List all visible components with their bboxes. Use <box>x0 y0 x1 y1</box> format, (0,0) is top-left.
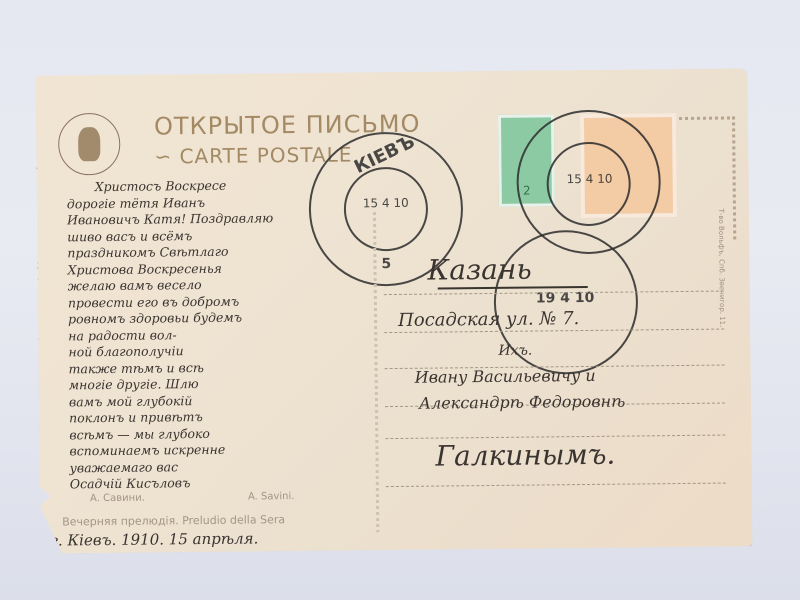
message-line: шиво васъ и всёмъ <box>67 228 192 244</box>
message-line: Христосъ Воскресе <box>95 178 227 194</box>
message-line: уважаемаго вас <box>70 459 179 475</box>
address-street: Посадская ул. № 7. <box>398 308 579 331</box>
message-line: вспоминаемъ искренне <box>69 442 225 459</box>
artist-italian: A. Savini. <box>248 491 295 502</box>
message-line: Христова Воскресенья <box>67 260 221 277</box>
printer-imprint: Т-во Вольфъ, Спб. Звенигор. 11. <box>717 209 728 449</box>
publisher-text: Изданіе "Ричардъ" С.-Петербургъ, № 352. <box>29 210 40 406</box>
message-line: Ивановичъ Катя! Поздравляю <box>67 210 273 227</box>
publisher-logo-icon <box>58 113 121 176</box>
artwork-caption: Вечерняя прелюдія. Preludio della Sera <box>62 513 285 528</box>
postmark-code: 5 <box>381 256 391 272</box>
message-line: дорогіе тётя Иванъ <box>67 194 205 210</box>
postmark-date: 15 4 10 <box>567 172 613 186</box>
message-line: ровномъ здоровьи будемъ <box>68 310 242 327</box>
address-recipient-1: Ивану Васильевичу и <box>415 366 596 387</box>
logo-figure <box>78 127 100 161</box>
message-line: желаю вамъ весело <box>68 277 202 293</box>
date-place-note: г. Кіевъ. 1910. 15 апрѣля. <box>50 529 258 549</box>
message-line: также тѣмъ и всѣ <box>69 359 204 375</box>
message-line: ной благополучіи <box>68 343 183 359</box>
message-line: многіе другіе. Шлю <box>69 376 199 392</box>
address-surname: Галкинымъ. <box>435 438 615 473</box>
message-line: всѣмъ — мы глубоко <box>69 425 210 441</box>
postcard: Изданіе "Ричардъ" С.-Петербургъ, № 352. … <box>36 68 753 553</box>
message-line: провести его въ добромъ <box>68 293 239 310</box>
message-line: вамъ мой глубокій <box>69 393 193 409</box>
address-city: Казань <box>427 253 531 287</box>
postmark-date: 15 4 10 <box>363 196 409 210</box>
handwritten-message: Христосъ Воскреседорогіе тётя ИванъИвано… <box>36 68 748 75</box>
address-recipient-2: Александрѣ Федоровнѣ <box>419 392 626 413</box>
message-line: праздникомъ Свѣтлаго <box>67 244 228 261</box>
swirl-ornament-icon: ∽ <box>154 144 179 168</box>
publisher-red-text: Ц. А. Кубанский, Ялта <box>28 98 38 201</box>
message-line: Осадчій Кисъловъ <box>70 475 191 491</box>
message-line: поклонъ и привѣтъ <box>69 409 203 425</box>
message-line: на радости вол- <box>68 327 177 343</box>
address-prefix: Ихъ. <box>498 343 532 359</box>
artist-russian: А. Савини. <box>90 493 145 505</box>
publisher-imprint: Изданіе "Ричардъ" С.-Петербургъ, № 352. … <box>27 46 40 406</box>
